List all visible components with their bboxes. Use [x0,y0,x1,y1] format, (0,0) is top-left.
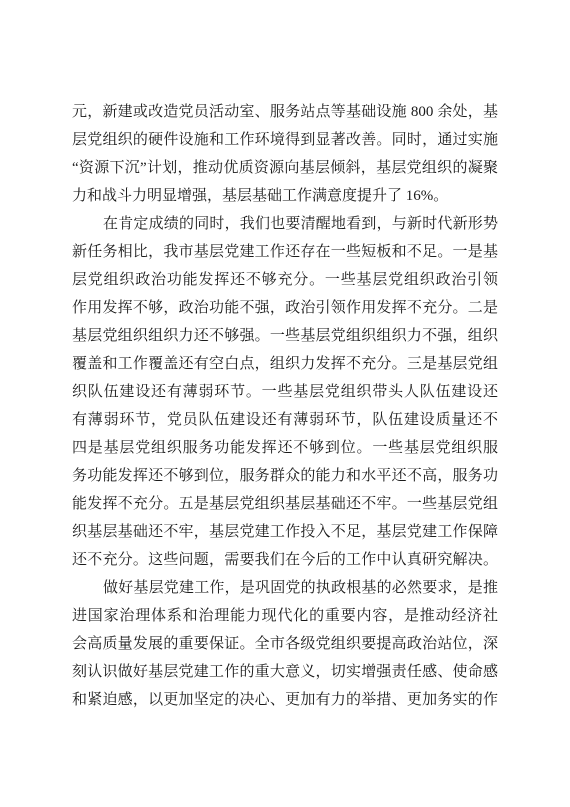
text-line: “资源下沉”计划，推动优质资源向基层倾斜，基层党组织的凝聚 [72,154,498,182]
text-line: 和紧迫感，以更加坚定的决心、更加有力的举措、更加务实的作 [72,686,498,714]
text-line: 还不充分。这些问题，需要我们在今后的工作中认真研究解决。 [72,546,498,574]
text-line: 基层党组织组织力还不够强。一些基层党组织组织力不强，组织 [72,322,498,350]
text-line: 新任务相比，我市基层党建工作还存在一些短板和不足。一是基 [72,238,498,266]
text-line: 有薄弱环节，党员队伍建设还有薄弱环节，队伍建设质量还不高。 [72,406,498,434]
text-line: 作用发挥不够，政治功能不强，政治引领作用发挥不充分。二是 [72,294,498,322]
text-line: 会高质量发展的重要保证。全市各级党组织要提高政治站位，深 [72,630,498,658]
text-line: 织队伍建设还有薄弱环节。一些基层党组织带头人队伍建设还 [72,378,498,406]
text-line: 刻认识做好基层党建工作的重大意义，切实增强责任感、使命感 [72,658,498,686]
text-line: 力和战斗力明显增强，基层基础工作满意度提升了 16%。 [72,182,498,210]
text-line: 层党组织政治功能发挥还不够充分。一些基层党组织政治引领 [72,266,498,294]
text-line: 做好基层党建工作，是巩固党的执政根基的必然要求，是推 [72,574,498,602]
text-line: 务功能发挥还不够到位，服务群众的能力和水平还不高，服务功 [72,462,498,490]
text-line: 层党组织的硬件设施和工作环境得到显著改善。同时，通过实施 [72,126,498,154]
text-line: 能发挥不充分。五是基层党组织基层基础还不牢。一些基层党组 [72,490,498,518]
text-line: 四是基层党组织服务功能发挥还不够到位。一些基层党组织服 [72,434,498,462]
text-line: 在肯定成绩的同时，我们也要清醒地看到，与新时代新形势 [72,210,498,238]
document-text: 元，新建或改造党员活动室、服务站点等基础设施 800 余处，基层党组织的硬件设施… [72,98,498,714]
text-line: 元，新建或改造党员活动室、服务站点等基础设施 800 余处，基 [72,98,498,126]
text-line: 覆盖和工作覆盖还有空白点，组织力发挥不充分。三是基层党组 [72,350,498,378]
text-line: 进国家治理体系和治理能力现代化的重要内容，是推动经济社 [72,602,498,630]
document-page: 元，新建或改造党员活动室、服务站点等基础设施 800 余处，基层党组织的硬件设施… [0,0,570,807]
text-line: 织基层基础还不牢，基层党建工作投入不足，基层党建工作保障 [72,518,498,546]
